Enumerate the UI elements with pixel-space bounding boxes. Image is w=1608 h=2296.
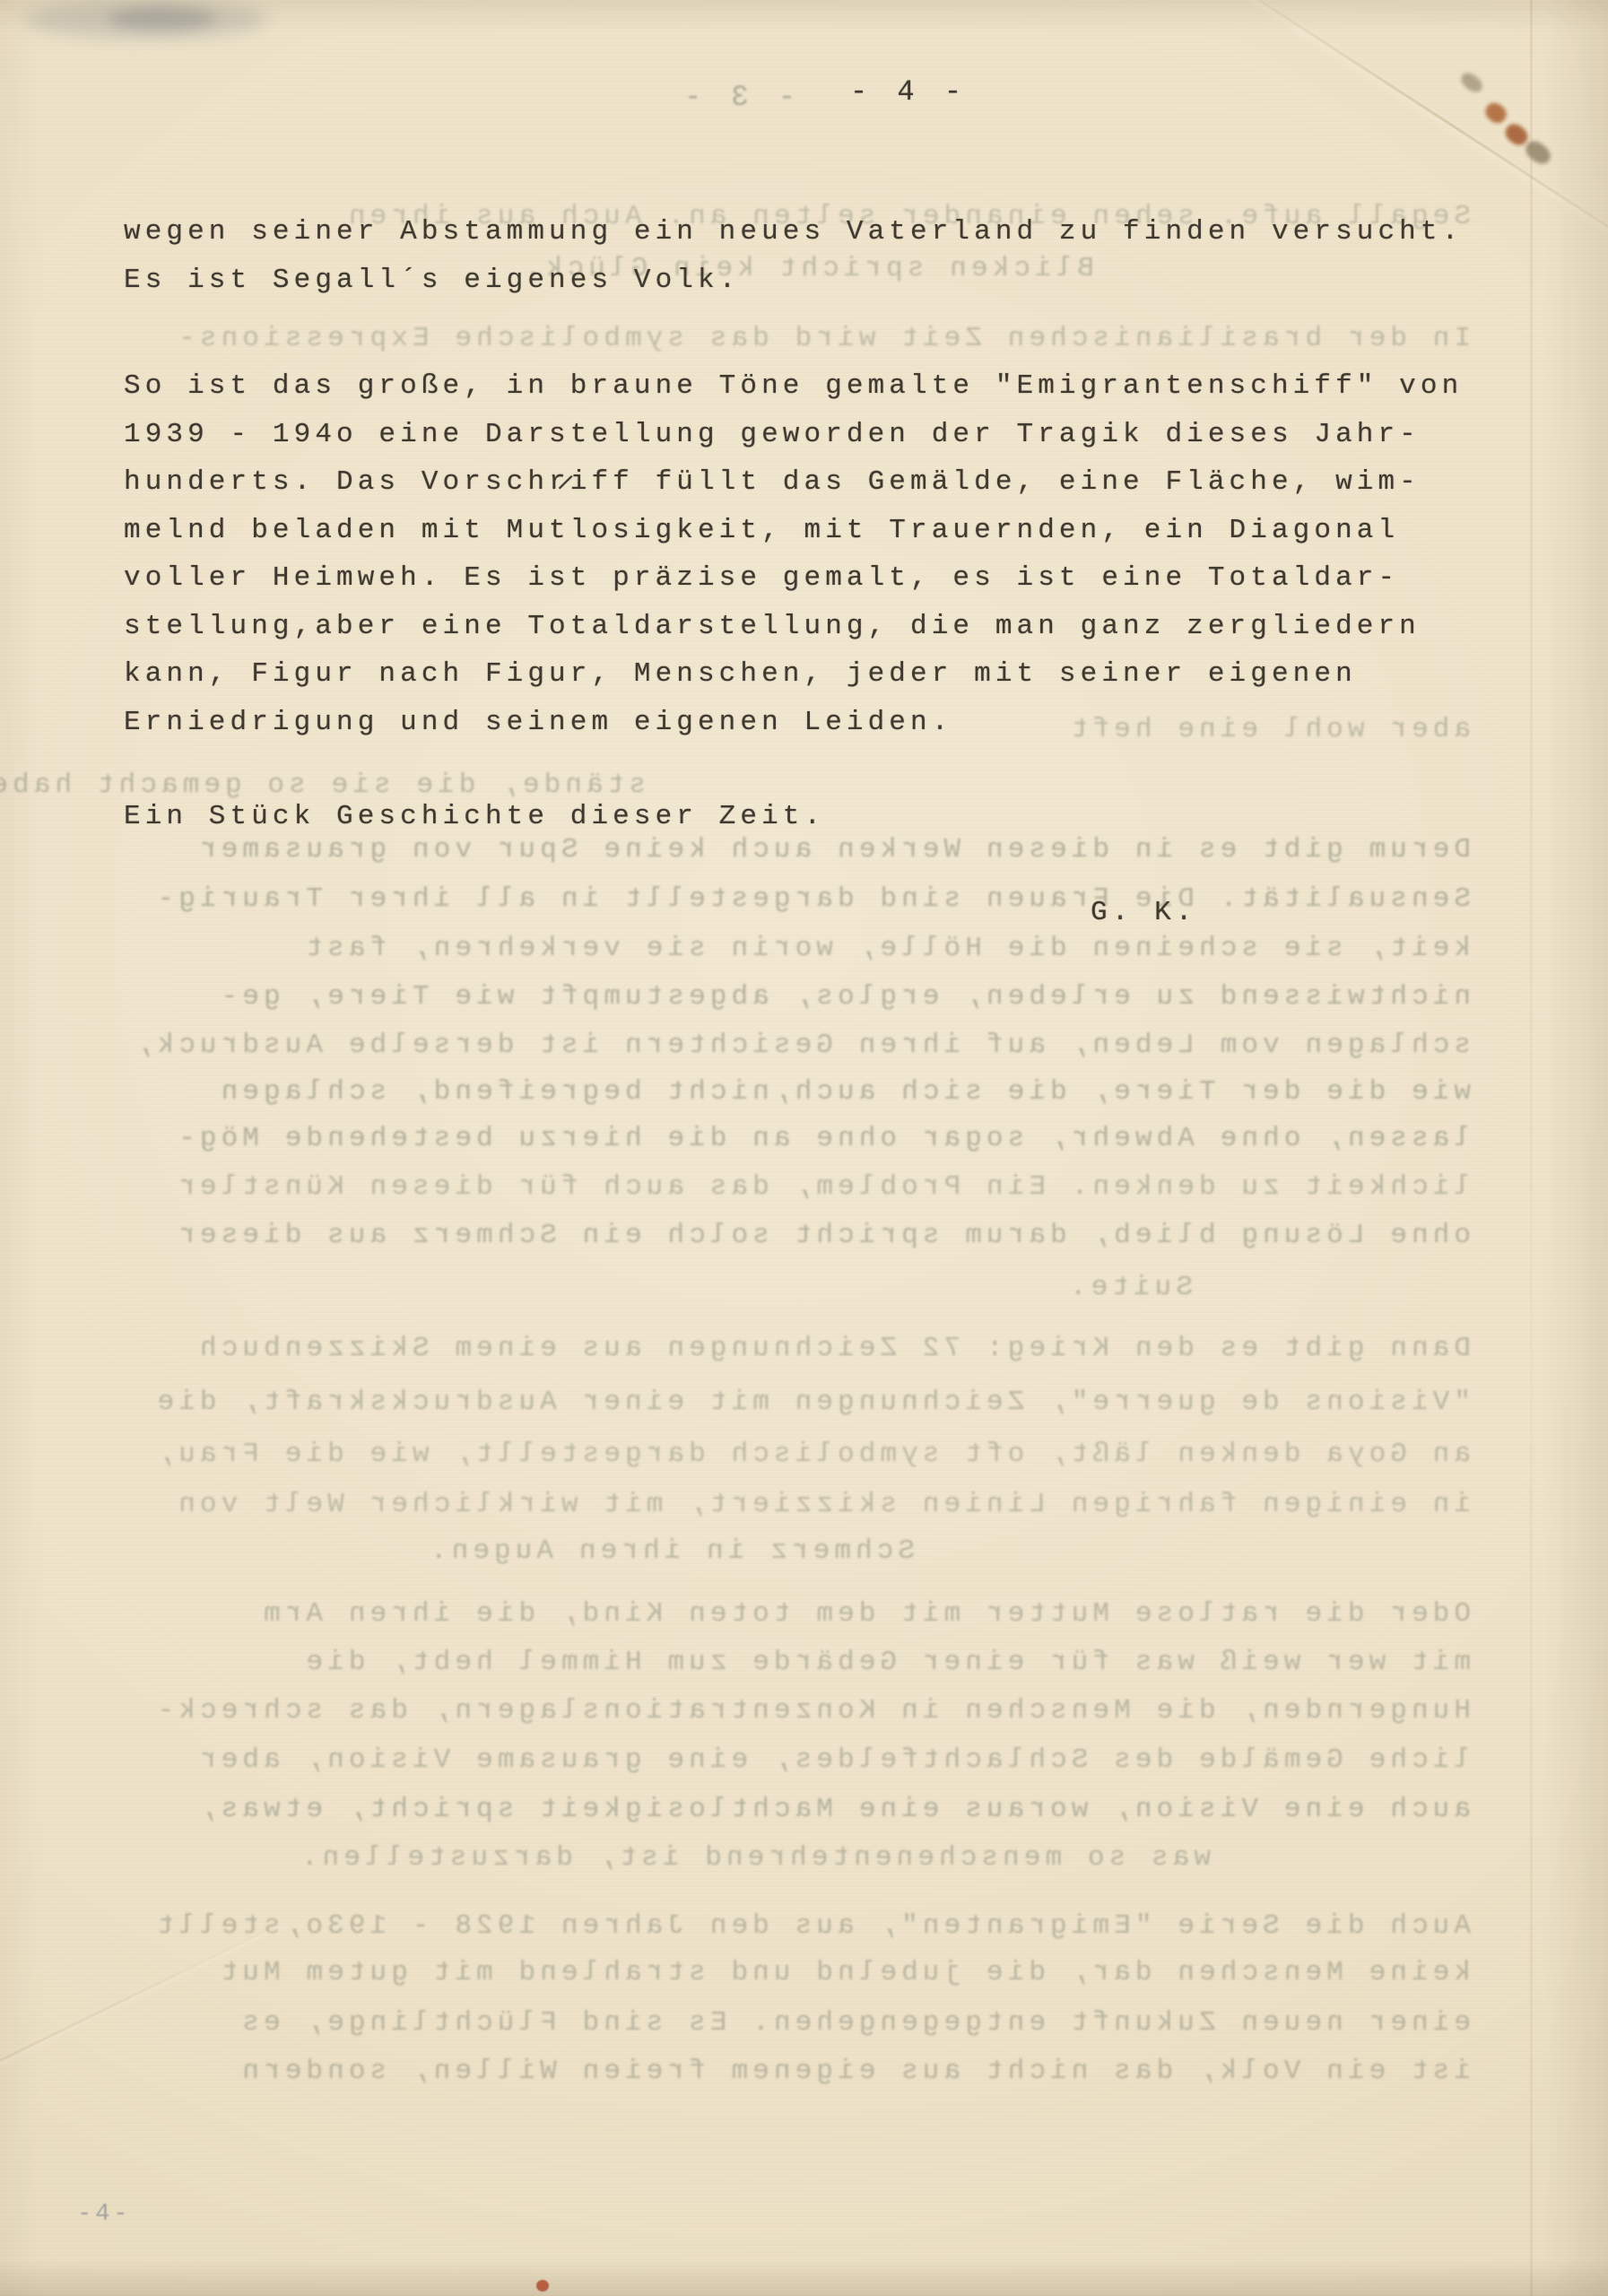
- bleed-through-layer: Segall aufe. sehen einander selten an. A…: [139, 0, 1471, 2296]
- red-ink-speck: [536, 2280, 549, 2292]
- text-line: stellung,aber eine Totaldarstellung, die…: [124, 603, 1463, 651]
- footer-page-mark: -4-: [77, 2201, 132, 2228]
- bleed-line: lichkeit zu denken. Ein Problem, das auc…: [174, 1171, 1471, 1203]
- bleed-line: keit, sie scheinen die Hölle, worin sie …: [301, 933, 1471, 964]
- text-line: wegen seiner Abstammung ein neues Vaterl…: [124, 208, 1463, 257]
- signature-initials: G. K.: [1091, 897, 1197, 928]
- bleed-line: auch eine Vision, woraus eine Machtlosig…: [196, 1794, 1471, 1825]
- text-line: 1939 - 194o eine Darstellung geworden de…: [124, 411, 1463, 459]
- text-line: melnd beladen mit Mutlosigkeit, mit Trau…: [124, 507, 1463, 555]
- bleed-line: was so menschenentehrend ist, darzustell…: [297, 1842, 1211, 1874]
- bleed-line: in einigen fahrigen Linien skizziert, mi…: [174, 1489, 1471, 1520]
- bleed-line: Schmerz in ihren Augen.: [426, 1535, 915, 1567]
- text-line: hunderts. Das Vorschr̷iff füllt das Gemä…: [124, 458, 1463, 507]
- bleed-line: "Visions de guerre", Zeichnungen mit ein…: [152, 1387, 1471, 1418]
- rust-stain: [1522, 137, 1554, 168]
- paper-crease: [1530, 0, 1533, 2296]
- bleed-line: Oder die ratlose Mutter mit dem toten Ki…: [259, 1598, 1471, 1630]
- text-line: kann, Figur nach Figur, Menschen, jeder …: [124, 650, 1463, 699]
- text-line: Es ist Segall´s eigenes Volk.: [124, 257, 1463, 305]
- bleed-line: schlagen vom Leben, auf ihren Gesichtern…: [132, 1030, 1471, 1061]
- bleed-line: ohne Lösung blieb, darum spricht solch e…: [174, 1220, 1471, 1251]
- bleed-line: mit wer weiß was für einer Gebärde zum H…: [301, 1647, 1471, 1678]
- bleed-line: keine Menschen dar, die jubelnd und stra…: [217, 1957, 1471, 1988]
- paragraph: So ist das große, in braune Töne gemalte…: [124, 362, 1463, 746]
- bleed-line: In der brasilianischen Zeit wird das sym…: [174, 323, 1471, 354]
- typewritten-page-scan: - 3 - - 4 - Segall aufe. sehen einander …: [0, 0, 1608, 2296]
- text-line: Erniedrigung und seinem eigenen Leiden.: [124, 699, 1463, 747]
- text-line: voller Heimweh. Es ist präzise gemalt, e…: [124, 554, 1463, 603]
- bleed-line: einer neuen Zukunft entgegengehen. Es si…: [238, 2007, 1471, 2039]
- bleed-line: Suite.: [1065, 1272, 1193, 1303]
- bleed-line: liche Gemälde des Schlachtfeldes, eine g…: [196, 1744, 1471, 1776]
- bleed-line: an Goya denken läßt, oft symbolisch darg…: [152, 1439, 1471, 1470]
- bleed-line: Dann gibt es den Krieg: 72 Zeichnungen a…: [196, 1333, 1471, 1364]
- rust-stain: [1482, 100, 1509, 127]
- bleed-line: lassen, ohne Abwehr, sogar ohne an die h…: [174, 1123, 1471, 1154]
- bleed-line: ist ein Volk, das nicht aus eigenem frei…: [238, 2056, 1471, 2087]
- paragraph: wegen seiner Abstammung ein neues Vaterl…: [124, 208, 1463, 304]
- text-line: Ein Stück Geschichte dieser Zeit.: [124, 793, 825, 841]
- bleed-line: Auch die Serie "Emigranten", aus den Jah…: [152, 1910, 1471, 1942]
- text-line: So ist das große, in braune Töne gemalte…: [124, 362, 1463, 411]
- bleed-line: wie die der Tiere, die sich auch,nicht b…: [217, 1076, 1471, 1108]
- bleed-line: nichtwissend zu erleben, erglos, abgestu…: [217, 981, 1471, 1013]
- bleed-line: Hungernden, die Menschen in Konzentratio…: [152, 1695, 1471, 1726]
- bleed-line: Sensualität. Die Frauen sind dargestellt…: [152, 883, 1471, 915]
- paragraph: Ein Stück Geschichte dieser Zeit.: [124, 793, 825, 841]
